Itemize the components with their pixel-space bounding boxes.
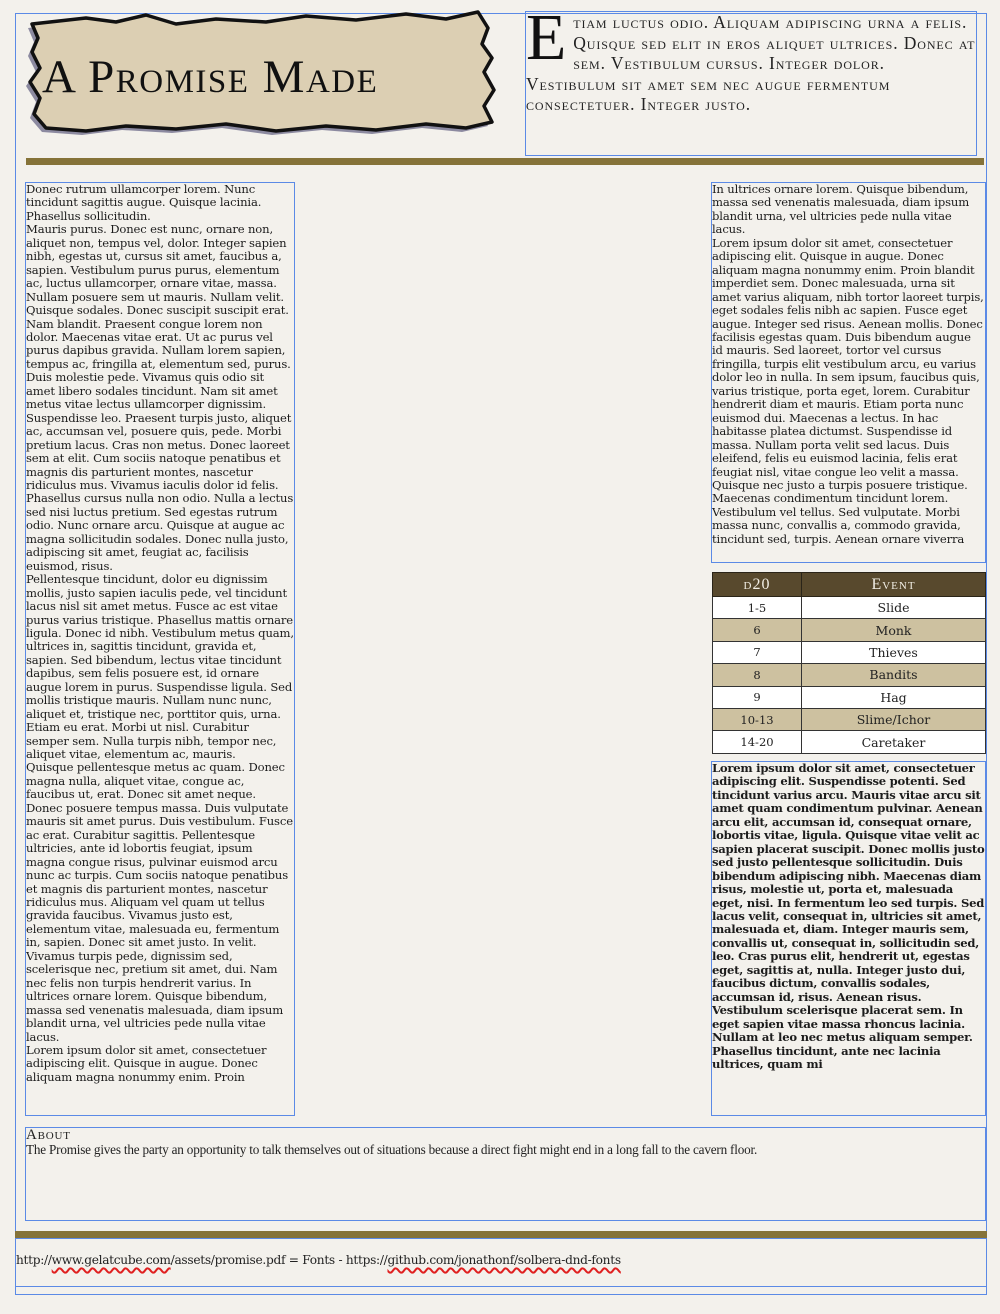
table-row: 9Hag (713, 686, 986, 708)
paragraph: Lorem ipsum dolor sit amet, consectetuer… (712, 237, 985, 493)
event-cell: Slide (802, 597, 986, 619)
footer-url-path: /assets/promise.pdf = Fonts - https:// (171, 1253, 388, 1267)
roll-cell: 1-5 (713, 597, 802, 619)
roll-cell: 10-13 (713, 708, 802, 730)
about-text: The Promise gives the party an opportuni… (26, 1142, 985, 1157)
intro-box: E tiam luctus odio. Aliquam adipiscing u… (525, 11, 977, 156)
footer-prefix: http:// (16, 1253, 52, 1267)
table-row: 6Monk (713, 619, 986, 641)
drop-cap: E (526, 12, 567, 64)
roll-cell: 8 (713, 664, 802, 686)
footer: http://www.gelatcube.com/assets/promise.… (15, 1238, 987, 1287)
event-cell: Monk (802, 619, 986, 641)
intro-text: tiam luctus odio. Aliquam adipiscing urn… (526, 12, 975, 114)
paragraph: Mauris purus. Donec est nunc, ornare non… (26, 223, 294, 573)
event-cell: Thieves (802, 641, 986, 663)
bottom-divider (15, 1231, 987, 1238)
paragraph: Quisque pellentesque metus ac quam. Done… (26, 761, 294, 1044)
roll-cell: 14-20 (713, 731, 802, 753)
about-section: About The Promise gives the party an opp… (25, 1127, 986, 1221)
right-bold-text-column: Lorem ipsum dolor sit amet, consectetuer… (711, 761, 986, 1116)
table-row: 1-5Slide (713, 597, 986, 619)
event-cell: Slime/Ichor (802, 708, 986, 730)
page-title: A Promise Made (42, 50, 482, 104)
roll-cell: 9 (713, 686, 802, 708)
top-divider (26, 158, 984, 165)
roll-cell: 7 (713, 641, 802, 663)
footer-fonts-link[interactable]: github.com/jonathonf/solbera-dnd-fonts (387, 1253, 620, 1267)
bold-paragraph: Lorem ipsum dolor sit amet, consectetuer… (712, 762, 985, 1071)
paragraph: Maecenas condimentum tincidunt lorem. Ve… (712, 492, 985, 546)
event-cell: Bandits (802, 664, 986, 686)
table-row: 7Thieves (713, 641, 986, 663)
paragraph: Pellentesque tincidunt, dolor eu digniss… (26, 573, 294, 761)
event-table: d20 Event 1-5Slide 6Monk 7Thieves 8Bandi… (712, 572, 986, 754)
header-d20: d20 (713, 573, 802, 597)
paragraph: In ultrices ornare lorem. Quisque bibend… (712, 183, 985, 237)
event-cell: Hag (802, 686, 986, 708)
paragraph: Lorem ipsum dolor sit amet, consectetuer… (26, 1044, 294, 1084)
footer-credits: http://www.gelatcube.com/assets/promise.… (16, 1253, 621, 1267)
table-row: 14-20Caretaker (713, 731, 986, 753)
roll-cell: 6 (713, 619, 802, 641)
table-row: 8Bandits (713, 664, 986, 686)
footer-bottom-box (15, 1286, 987, 1295)
footer-url-host[interactable]: www.gelatcube.com (52, 1253, 171, 1267)
right-text-column: In ultrices ornare lorem. Quisque bibend… (711, 182, 986, 563)
left-text-column: Donec rutrum ullamcorper lorem. Nunc tin… (25, 182, 295, 1116)
title-banner: A Promise Made (26, 10, 492, 132)
table-header-row: d20 Event (713, 573, 986, 597)
header-event: Event (802, 573, 986, 597)
about-heading: About (26, 1128, 985, 1142)
paragraph: Donec rutrum ullamcorper lorem. Nunc tin… (26, 183, 294, 223)
table-row: 10-13Slime/Ichor (713, 708, 986, 730)
event-cell: Caretaker (802, 731, 986, 753)
